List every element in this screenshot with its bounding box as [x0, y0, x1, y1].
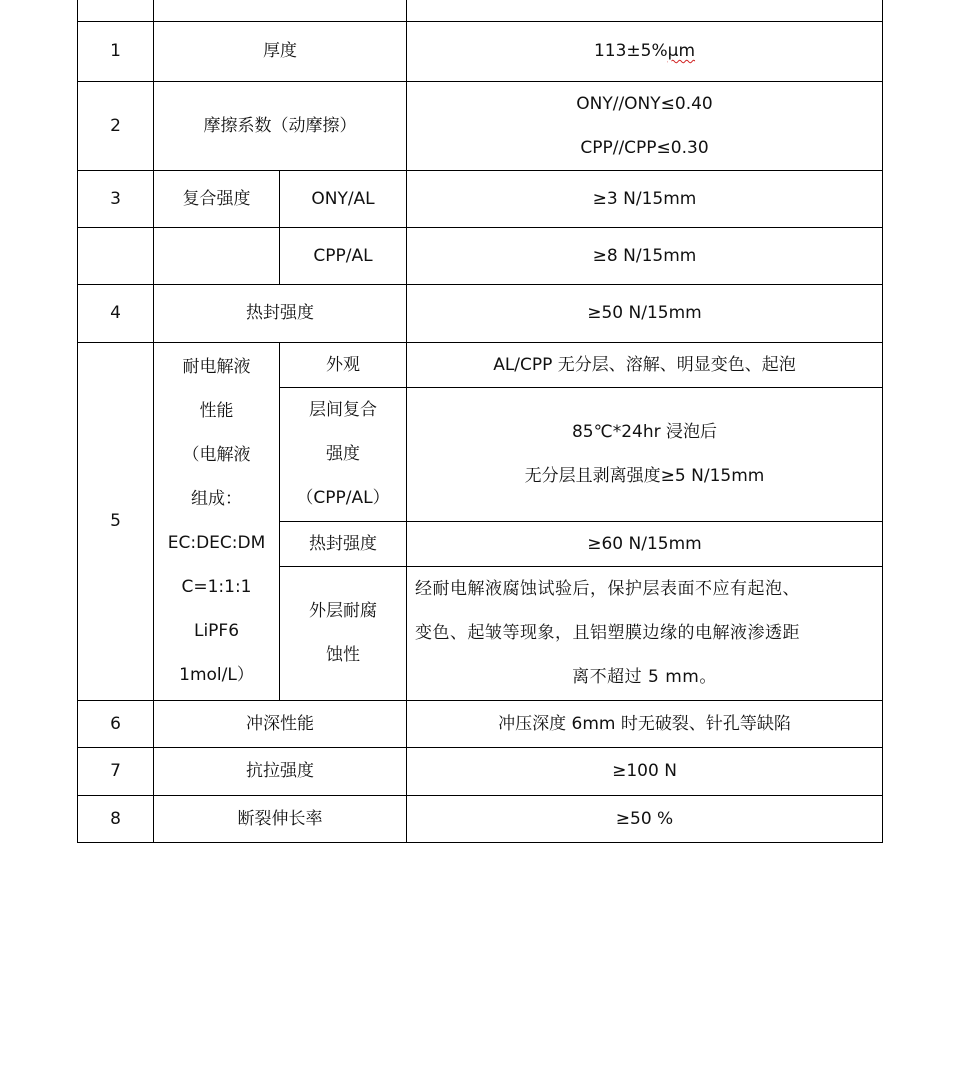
item-line: EC:DEC:DM	[160, 521, 273, 565]
value-line: 85℃*24hr 浸泡后	[413, 410, 876, 454]
sub-line: 层间复合	[286, 388, 400, 432]
item-name: 断裂伸长率	[154, 795, 407, 842]
table-row: 6 冲深性能 冲压深度 6mm 时无破裂、针孔等缺陷	[78, 700, 883, 747]
value-line: 变色、起皱等现象，且铝塑膜边缘的电解液渗透距	[415, 611, 874, 655]
table-row: 1 厚度 113±5%μm	[78, 21, 883, 81]
item-value: ≥8 N/15mm	[407, 227, 883, 284]
item-line: LiPF6	[160, 609, 273, 653]
row-number	[78, 227, 154, 284]
item-value: ≥50 N/15mm	[407, 284, 883, 342]
value-line: 经耐电解液腐蚀试验后，保护层表面不应有起泡、	[415, 567, 874, 611]
value-line: 无分层且剥离强度≥5 N/15mm	[413, 454, 876, 498]
sub-line: 外层耐腐	[286, 589, 400, 633]
sub-item: 层间复合 强度 （CPP/AL）	[280, 387, 407, 521]
item-value: ≥50 %	[407, 795, 883, 842]
value-line: ONY//ONY≤0.40	[413, 82, 876, 126]
sub-item: ONY/AL	[280, 170, 407, 227]
row-number: 5	[78, 342, 154, 700]
table-row: 3 复合强度 ONY/AL ≥3 N/15mm	[78, 170, 883, 227]
table-row: 7 抗拉强度 ≥100 N	[78, 747, 883, 795]
table-row: 5 耐电解液 性能 （电解液 组成： EC:DEC:DM C=1:1:1 LiP…	[78, 342, 883, 387]
item-line: 1mol/L）	[160, 653, 273, 697]
sub-item: CPP/AL	[280, 227, 407, 284]
cell-empty	[407, 0, 883, 21]
row-number: 1	[78, 21, 154, 81]
item-value: ONY//ONY≤0.40 CPP//CPP≤0.30	[407, 81, 883, 170]
cell-empty	[154, 0, 407, 21]
sub-line: 强度	[286, 432, 400, 476]
sub-line: （CPP/AL）	[286, 476, 400, 520]
item-name: 抗拉强度	[154, 747, 407, 795]
sub-item: 外观	[280, 342, 407, 387]
row-number: 8	[78, 795, 154, 842]
row-number: 4	[78, 284, 154, 342]
value-unit: μm	[668, 41, 695, 61]
item-line: 性能	[160, 389, 273, 433]
item-name: 冲深性能	[154, 700, 407, 747]
item-value: AL/CPP 无分层、溶解、明显变色、起泡	[407, 342, 883, 387]
table-row: 8 断裂伸长率 ≥50 %	[78, 795, 883, 842]
value-line: CPP//CPP≤0.30	[413, 126, 876, 170]
item-line: 组成：	[160, 477, 273, 521]
item-value: ≥60 N/15mm	[407, 521, 883, 566]
item-name: 耐电解液 性能 （电解液 组成： EC:DEC:DM C=1:1:1 LiPF6…	[154, 342, 280, 700]
table-row: 2 摩擦系数（动摩擦） ONY//ONY≤0.40 CPP//CPP≤0.30	[78, 81, 883, 170]
table-row-top-fragment	[78, 0, 883, 21]
item-line: （电解液	[160, 433, 273, 477]
sub-line: 蚀性	[286, 633, 400, 677]
sub-item: 热封强度	[280, 521, 407, 566]
sub-item: 外层耐腐 蚀性	[280, 566, 407, 700]
value-line: 离不超过 5 mm。	[415, 655, 874, 699]
row-number: 2	[78, 81, 154, 170]
item-name: 厚度	[154, 21, 407, 81]
value-text: 113±5%	[594, 41, 668, 61]
item-line: 耐电解液	[160, 345, 273, 389]
item-value: ≥3 N/15mm	[407, 170, 883, 227]
cell-empty	[78, 0, 154, 21]
item-value: 85℃*24hr 浸泡后 无分层且剥离强度≥5 N/15mm	[407, 387, 883, 521]
item-value: 经耐电解液腐蚀试验后，保护层表面不应有起泡、 变色、起皱等现象，且铝塑膜边缘的电…	[407, 566, 883, 700]
spec-table: 1 厚度 113±5%μm 2 摩擦系数（动摩擦） ONY//ONY≤0.40 …	[77, 0, 883, 843]
table-row: 4 热封强度 ≥50 N/15mm	[78, 284, 883, 342]
row-number: 6	[78, 700, 154, 747]
item-value: 113±5%μm	[407, 21, 883, 81]
item-name	[154, 227, 280, 284]
row-number: 3	[78, 170, 154, 227]
table-row: CPP/AL ≥8 N/15mm	[78, 227, 883, 284]
item-name: 热封强度	[154, 284, 407, 342]
item-name: 摩擦系数（动摩擦）	[154, 81, 407, 170]
row-number: 7	[78, 747, 154, 795]
item-value: 冲压深度 6mm 时无破裂、针孔等缺陷	[407, 700, 883, 747]
item-name: 复合强度	[154, 170, 280, 227]
item-value: ≥100 N	[407, 747, 883, 795]
item-line: C=1:1:1	[160, 565, 273, 609]
